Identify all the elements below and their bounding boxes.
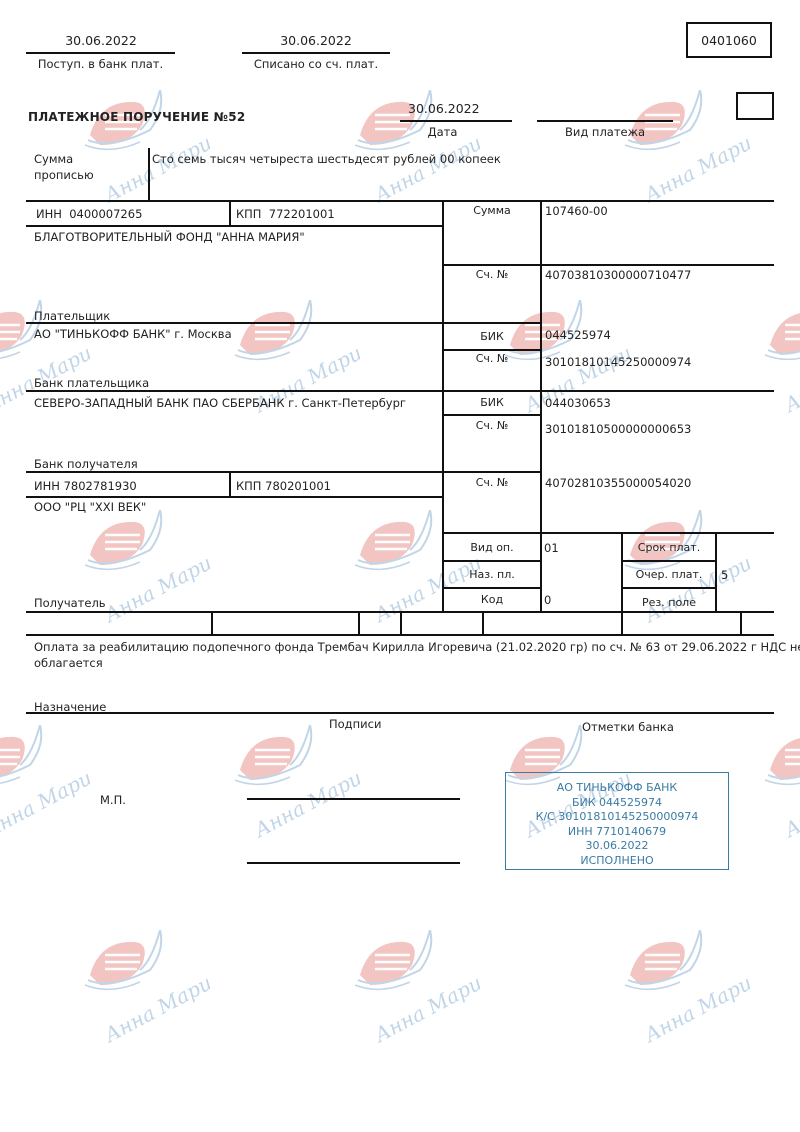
divider [623,587,716,589]
watermark-logo-icon: Анна Мария [620,90,750,210]
reserved-label: Рез. поле [623,596,715,610]
divider [537,120,673,122]
payer-bank-label: Банк плательщика [34,376,149,390]
payer-bank-name: АО "ТИНЬКОФФ БАНК" г. Москва [34,327,232,341]
divider [715,532,717,612]
payer-corr: 30101810145250000974 [545,355,691,369]
divider [26,390,774,392]
date-label: Дата [400,125,485,139]
seal-label: М.П. [100,793,126,807]
priority-label: Очер. плат. [623,568,715,582]
divider [211,611,213,635]
stamp-line: БИК 044525974 [506,796,728,811]
divider [229,471,231,497]
empty-code-box [736,92,774,120]
watermark-logo-icon: Анна Мария [80,90,210,210]
priority-value: 5 [721,568,728,582]
stamp-line: 30.06.2022 [506,839,728,854]
payer-bik-label: БИК [444,330,540,344]
recipient-bik: 044030653 [545,396,611,410]
recipient-bik-label: БИК [444,396,540,410]
watermark-logo-icon: Анна Мария [80,930,210,1050]
watermark-logo-icon: Анна Мария [0,725,90,845]
op-type-label: Вид оп. [444,541,540,555]
divider [540,200,542,612]
svg-text:Анна Мария: Анна Мария [779,334,800,418]
svg-text:Анна Мария: Анна Мария [779,759,800,843]
form-code-box: 0401060 [686,22,772,58]
purpose-type-label: Наз. пл. [444,568,540,582]
recipient-bank-label: Банк получателя [34,457,138,471]
bank-marks-label: Отметки банка [582,720,674,734]
divider [443,414,541,416]
divider [26,712,774,714]
watermark-logo-icon: Анна Мария [760,725,800,845]
watermark-logo-icon: Анна Мария [760,300,800,420]
divider [443,587,541,589]
sum-label: Сумма [444,204,540,218]
divider [242,52,390,54]
payer-name: БЛАГОТВОРИТЕЛЬНЫЙ ФОНД "АННА МАРИЯ" [34,230,305,244]
svg-text:Анна Мария: Анна Мария [99,544,210,628]
sum-value: 107460-00 [545,204,608,218]
recipient-kpp: КПП 780201001 [236,479,331,493]
document-title: ПЛАТЕЖНОЕ ПОРУЧЕНИЕ №52 [28,110,245,124]
amount-words-value: Сто семь тысяч четыреста шестьдесят рубл… [152,152,501,166]
debited-label: Списано со сч. плат. [242,57,390,71]
bank-stamp: АО ТИНЬКОФФ БАНК БИК 044525974 К/С 30101… [505,772,729,870]
divider [26,496,444,498]
divider [26,471,541,473]
payer-bik: 044525974 [545,328,611,342]
received-label: Поступ. в банк плат. [26,57,175,71]
recipient-account: 40702810355000054020 [545,476,691,490]
divider [482,611,484,635]
purpose-line-2: облагается [34,656,103,670]
divider [148,148,150,200]
svg-text:Анна Мария: Анна Мария [249,759,360,843]
code: 0 [544,593,551,607]
divider [740,611,742,635]
signatures-label: Подписи [329,717,381,731]
received-date: 30.06.2022 [28,34,174,48]
form-code: 0401060 [688,34,770,48]
purpose-line-1: Оплата за реабилитацию подопечного фонда… [34,640,800,654]
op-type: 01 [544,541,559,555]
divider [400,120,512,122]
recipient-corr-label: Сч. № [444,419,540,433]
svg-text:Анна Мария: Анна Мария [99,124,210,208]
payer-inn: ИНН 0400007265 [36,207,142,221]
svg-text:Анна Мария: Анна Мария [0,759,90,843]
divider [443,349,541,351]
signature-line-1 [247,798,460,800]
recipient-inn: ИНН 7802781930 [34,479,137,493]
payer-corr-label: Сч. № [444,352,540,366]
stamp-line: ИСПОЛНЕНО [506,854,728,869]
payment-type-label: Вид платежа [537,125,673,139]
divider [26,52,175,54]
divider [443,560,541,562]
watermark-logo-icon: Анна Мария [350,930,480,1050]
svg-text:Анна Мария: Анна Мария [369,964,480,1048]
divider [400,611,402,635]
recipient-label: Получатель [34,596,106,610]
debited-date: 30.06.2022 [242,34,390,48]
recipient-account-label: Сч. № [444,476,540,490]
stamp-line: ИНН 7710140679 [506,825,728,840]
divider [26,225,444,227]
watermark-logo-icon: Анна Мария [620,930,750,1050]
divider [358,611,360,635]
divider [443,264,774,266]
svg-text:Анна Мария: Анна Мария [639,964,750,1048]
code-label: Код [444,593,540,607]
amount-words-label-2: прописью [34,168,94,182]
divider [26,200,774,202]
divider [443,532,774,534]
recipient-bank-name: СЕВЕРО-ЗАПАДНЫЙ БАНК ПАО СБЕРБАНК г. Сан… [34,396,406,410]
payer-account-label: Сч. № [444,268,540,282]
recipient-corr: 30101810500000000653 [545,422,691,436]
amount-words-label-1: Сумма [34,152,73,166]
svg-text:Анна Мария: Анна Мария [99,964,210,1048]
payer-label: Плательщик [34,309,110,323]
payer-kpp: КПП 772201001 [236,207,335,221]
due-label: Срок плат. [623,541,715,555]
divider [623,560,716,562]
signature-line-2 [247,862,460,864]
watermark-logo-icon: Анна Мария [230,725,360,845]
recipient-name: ООО "РЦ "XXI ВЕК" [34,500,146,514]
divider [229,200,231,226]
stamp-line: АО ТИНЬКОФФ БАНК [506,781,728,796]
stamp-line: К/С 30101810145250000974 [506,810,728,825]
payer-account: 40703810300000710477 [545,268,691,282]
date-value: 30.06.2022 [408,102,480,116]
